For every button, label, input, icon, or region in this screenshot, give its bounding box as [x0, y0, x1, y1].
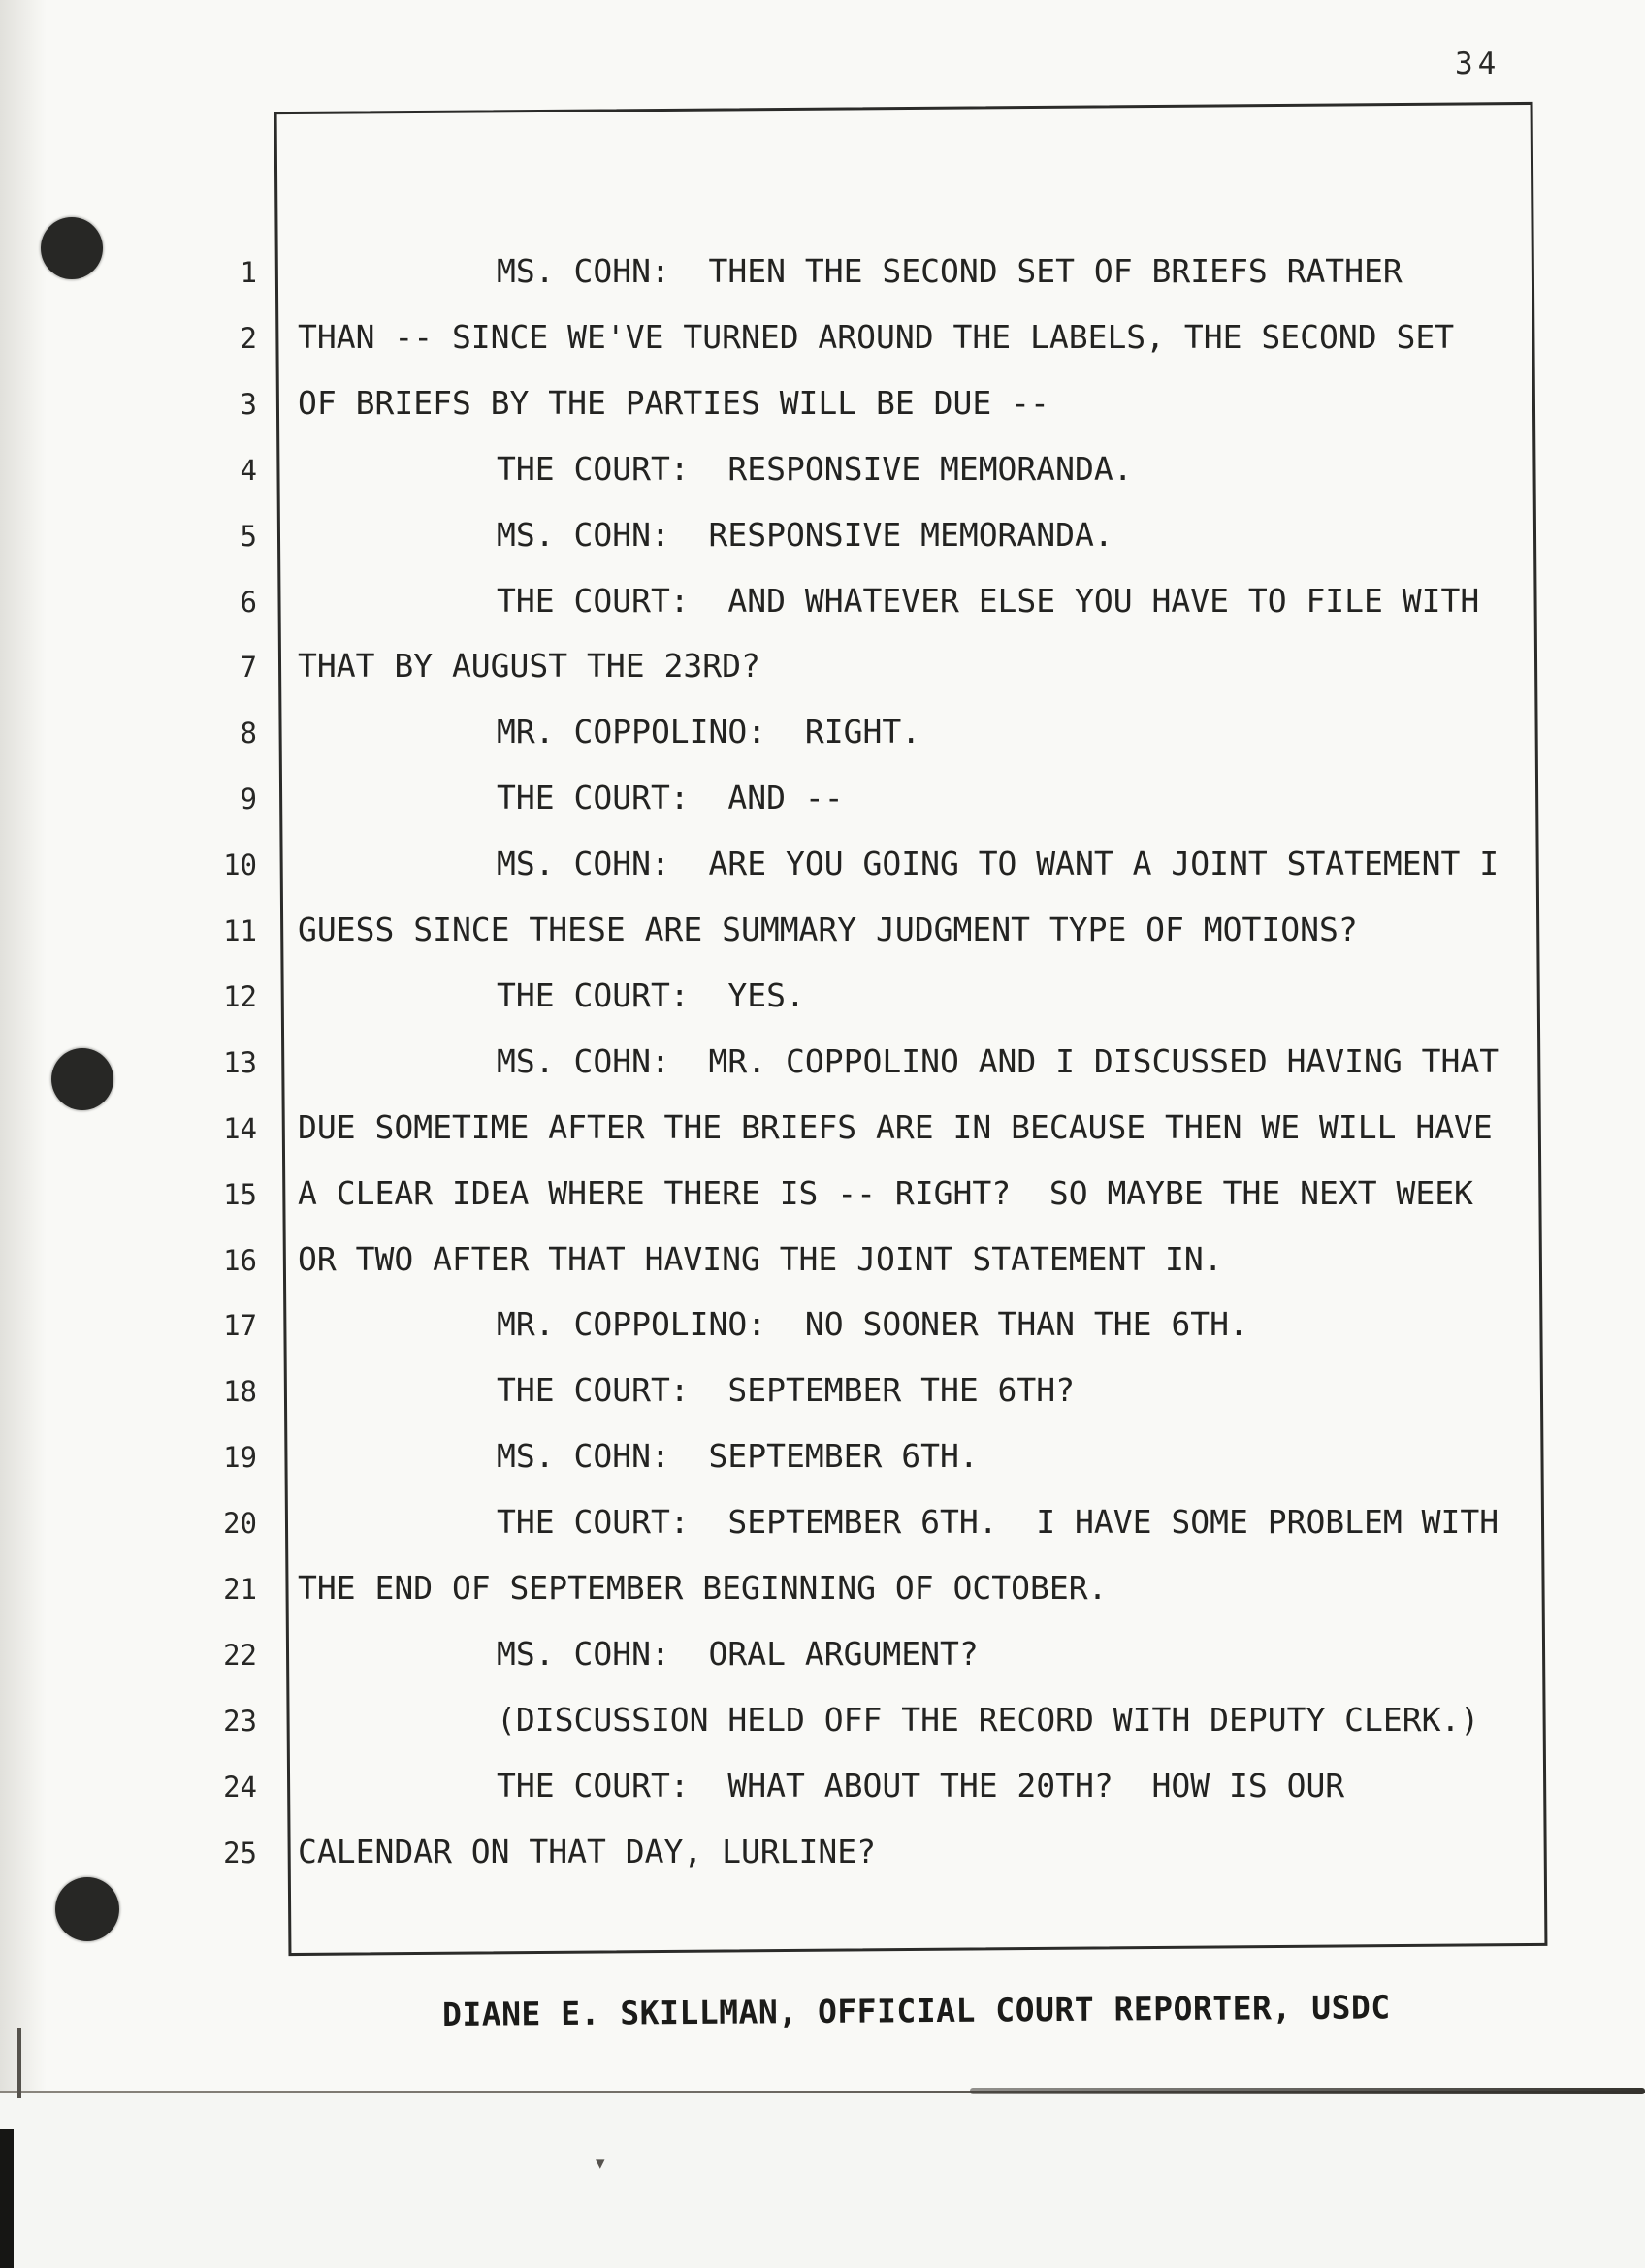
transcript-line: 2THAN -- SINCE WE'VE TURNED AROUND THE L…: [0, 319, 1645, 362]
line-text: THE COURT: YES.: [497, 977, 805, 1014]
line-number: 12: [145, 981, 257, 1013]
line-text: THE END OF SEPTEMBER BEGINNING OF OCTOBE…: [298, 1570, 1107, 1607]
line-number: 15: [145, 1179, 257, 1211]
court-reporter-footer: DIANE E. SKILLMAN, OFFICIAL COURT REPORT…: [442, 1988, 1391, 2033]
line-text: THAN -- SINCE WE'VE TURNED AROUND THE LA…: [298, 319, 1454, 356]
line-text: THE COURT: AND WHATEVER ELSE YOU HAVE TO…: [497, 583, 1479, 620]
line-number: 4: [145, 455, 257, 487]
line-number: 3: [145, 389, 257, 421]
transcript-line: 7THAT BY AUGUST THE 23RD?: [0, 648, 1645, 690]
transcript-line: 5MS. COHN: RESPONSIVE MEMORANDA.: [0, 517, 1645, 559]
line-text: MR. COPPOLINO: RIGHT.: [497, 714, 920, 751]
transcript-line: 20THE COURT: SEPTEMBER 6TH. I HAVE SOME …: [0, 1504, 1645, 1547]
line-text: (DISCUSSION HELD OFF THE RECORD WITH DEP…: [497, 1702, 1479, 1739]
transcript-line: 1MS. COHN: THEN THE SECOND SET OF BRIEFS…: [0, 253, 1645, 296]
line-number: 5: [145, 521, 257, 553]
line-text: OF BRIEFS BY THE PARTIES WILL BE DUE --: [298, 385, 1049, 422]
line-text: DUE SOMETIME AFTER THE BRIEFS ARE IN BEC…: [298, 1109, 1493, 1146]
line-number: 18: [145, 1376, 257, 1408]
line-text: MS. COHN: THEN THE SECOND SET OF BRIEFS …: [497, 253, 1403, 290]
scan-artifact-line-thick: [970, 2088, 1645, 2094]
line-text: MS. COHN: ORAL ARGUMENT?: [497, 1636, 979, 1673]
transcript-line: 23(DISCUSSION HELD OFF THE RECORD WITH D…: [0, 1702, 1645, 1744]
line-number: 16: [145, 1245, 257, 1277]
line-number: 6: [145, 587, 257, 619]
line-text: MS. COHN: RESPONSIVE MEMORANDA.: [497, 517, 1113, 554]
line-number: 10: [145, 849, 257, 881]
line-number: 20: [145, 1508, 257, 1540]
transcript-line: 8MR. COPPOLINO: RIGHT.: [0, 714, 1645, 756]
line-number: 7: [145, 652, 257, 684]
transcript-line: 15A CLEAR IDEA WHERE THERE IS -- RIGHT? …: [0, 1175, 1645, 1218]
transcript-line: 3OF BRIEFS BY THE PARTIES WILL BE DUE --: [0, 385, 1645, 428]
scan-artifact-edge-strip: [0, 2129, 14, 2268]
transcript-line: 22MS. COHN: ORAL ARGUMENT?: [0, 1636, 1645, 1678]
line-text: CALENDAR ON THAT DAY, LURLINE?: [298, 1834, 876, 1870]
transcript-line: 21THE END OF SEPTEMBER BEGINNING OF OCTO…: [0, 1570, 1645, 1613]
transcript-line: 10MS. COHN: ARE YOU GOING TO WANT A JOIN…: [0, 846, 1645, 888]
line-number: 25: [145, 1837, 257, 1869]
line-number: 21: [145, 1574, 257, 1606]
line-number: 22: [145, 1640, 257, 1672]
line-text: A CLEAR IDEA WHERE THERE IS -- RIGHT? SO…: [298, 1175, 1473, 1212]
scan-artifact-tick: [17, 2028, 21, 2098]
line-text: THE COURT: SEPTEMBER THE 6TH?: [497, 1372, 1075, 1409]
line-text: MS. COHN: MR. COPPOLINO AND I DISCUSSED …: [497, 1043, 1499, 1080]
line-number: 19: [145, 1442, 257, 1474]
line-text: THE COURT: AND --: [497, 780, 844, 816]
transcript-line: 14DUE SOMETIME AFTER THE BRIEFS ARE IN B…: [0, 1109, 1645, 1152]
transcript-line: 6THE COURT: AND WHATEVER ELSE YOU HAVE T…: [0, 583, 1645, 625]
transcript-line: 16OR TWO AFTER THAT HAVING THE JOINT STA…: [0, 1241, 1645, 1284]
line-text: OR TWO AFTER THAT HAVING THE JOINT STATE…: [298, 1241, 1223, 1278]
transcript-line: 4THE COURT: RESPONSIVE MEMORANDA.: [0, 451, 1645, 494]
transcript-line: 18THE COURT: SEPTEMBER THE 6TH?: [0, 1372, 1645, 1415]
scanned-transcript-page: 34 1MS. COHN: THEN THE SECOND SET OF BRI…: [0, 0, 1645, 2268]
page-number: 34: [1455, 47, 1500, 81]
line-text: MS. COHN: ARE YOU GOING TO WANT A JOINT …: [497, 846, 1499, 882]
hole-punch-dot-bottom: [55, 1877, 119, 1941]
transcript-line: 12THE COURT: YES.: [0, 977, 1645, 1020]
transcript-line: 19MS. COHN: SEPTEMBER 6TH.: [0, 1438, 1645, 1481]
line-number: 14: [145, 1113, 257, 1145]
line-text: THE COURT: RESPONSIVE MEMORANDA.: [497, 451, 1133, 488]
transcript-line: 11GUESS SINCE THESE ARE SUMMARY JUDGMENT…: [0, 911, 1645, 954]
line-number: 23: [145, 1706, 257, 1738]
line-number: 8: [145, 718, 257, 750]
line-number: 13: [145, 1047, 257, 1079]
line-text: MS. COHN: SEPTEMBER 6TH.: [497, 1438, 979, 1475]
transcript-line: 9THE COURT: AND --: [0, 780, 1645, 822]
down-arrow-mark: ▾: [596, 2153, 605, 2174]
transcript-line: 13MS. COHN: MR. COPPOLINO AND I DISCUSSE…: [0, 1043, 1645, 1086]
line-number: 2: [145, 323, 257, 355]
transcript-line: 25CALENDAR ON THAT DAY, LURLINE?: [0, 1834, 1645, 1876]
line-text: GUESS SINCE THESE ARE SUMMARY JUDGMENT T…: [298, 911, 1358, 948]
line-number: 11: [145, 915, 257, 947]
line-number: 17: [145, 1310, 257, 1342]
line-number: 9: [145, 783, 257, 815]
scan-bottom-strip: [0, 2092, 1645, 2268]
line-number: 1: [145, 257, 257, 289]
line-text: THE COURT: SEPTEMBER 6TH. I HAVE SOME PR…: [497, 1504, 1499, 1541]
transcript-line: 17MR. COPPOLINO: NO SOONER THAN THE 6TH.: [0, 1306, 1645, 1349]
line-number: 24: [145, 1772, 257, 1804]
line-text: MR. COPPOLINO: NO SOONER THAN THE 6TH.: [497, 1306, 1248, 1343]
transcript-line: 24THE COURT: WHAT ABOUT THE 20TH? HOW IS…: [0, 1768, 1645, 1810]
line-text: THE COURT: WHAT ABOUT THE 20TH? HOW IS O…: [497, 1768, 1344, 1805]
line-text: THAT BY AUGUST THE 23RD?: [298, 648, 760, 685]
